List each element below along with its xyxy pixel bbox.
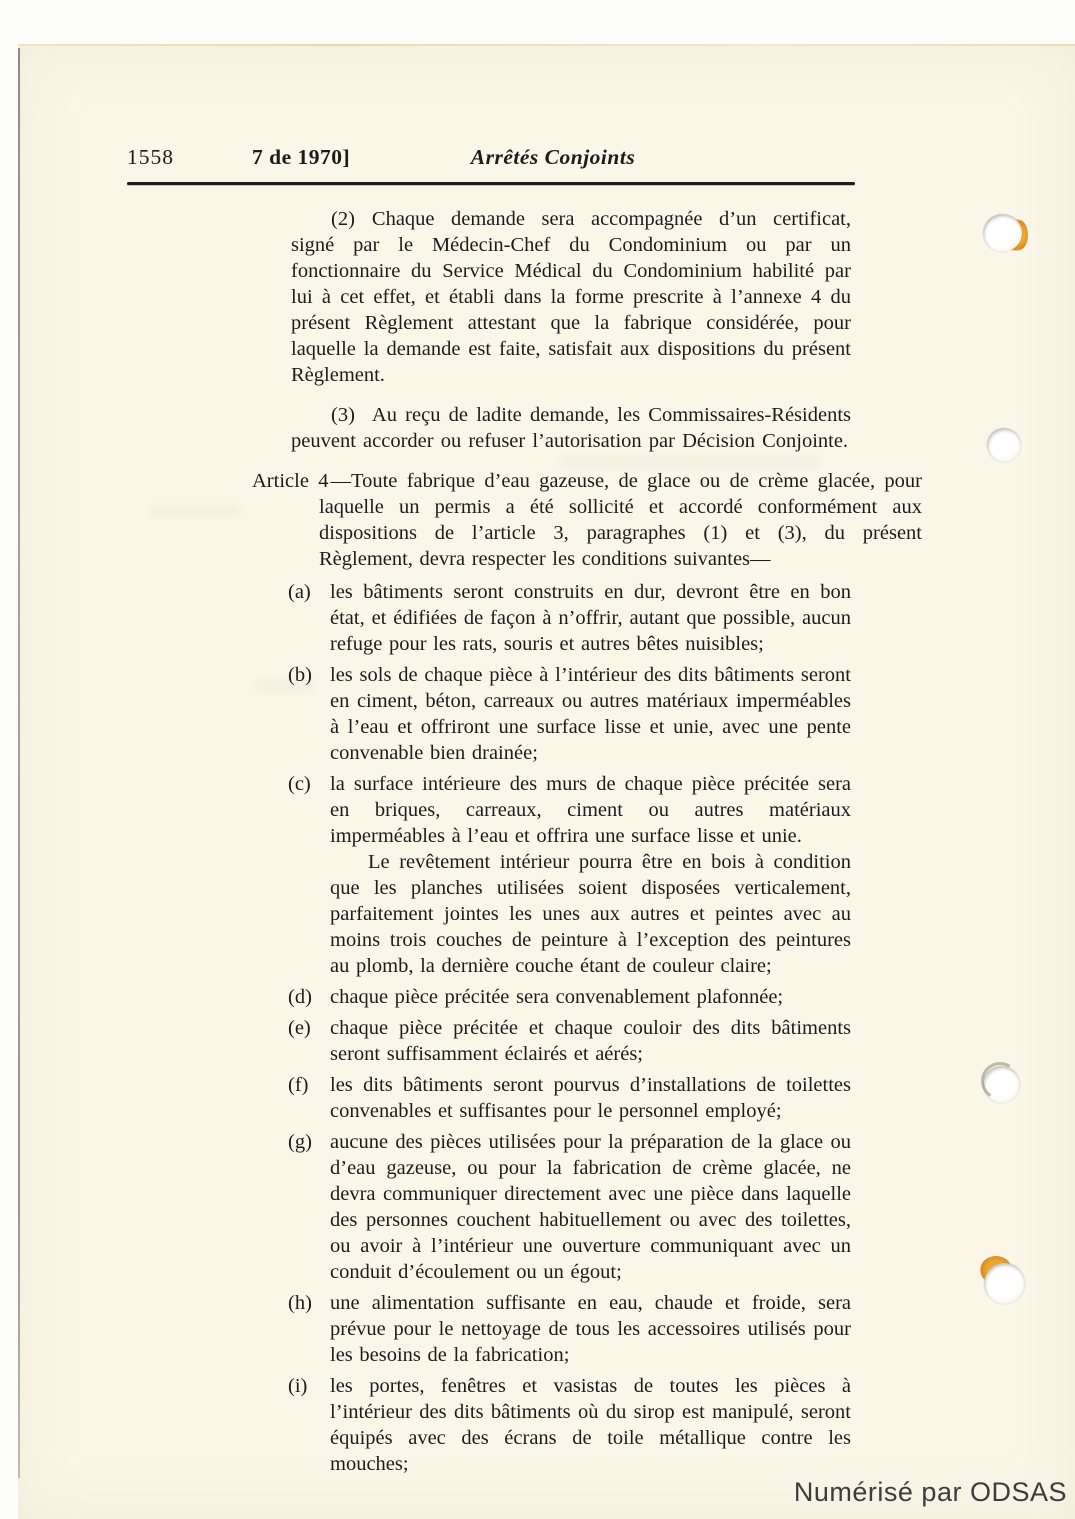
list-item-e: (e) chaque pièce précitée et chaque coul… [288, 1015, 851, 1067]
list-item-c-letter: (c) [288, 771, 330, 979]
text-body: (2)Chaque demande sera accompagnée d’un … [127, 206, 855, 1482]
list-item-c: (c) la surface intérieure des murs de ch… [288, 771, 851, 979]
paragraph-3-number: (3) [331, 404, 355, 426]
list-item-i-text: les portes, fenêtres et vasistas de tout… [330, 1373, 851, 1477]
list-item-i-letter: (i) [288, 1373, 330, 1477]
list-item-d-text: chaque pièce précitée sera convenablemen… [330, 984, 851, 1010]
article-4-intro: —Toute fabrique d’eau gazeuse, de glace … [319, 470, 922, 570]
list-item-h-text: une alimentation suffisante en eau, chau… [330, 1290, 851, 1368]
list-item-a-letter: (a) [288, 579, 330, 657]
page-body: 1558 7 de 1970] Arrêtés Conjoints (2)Cha… [18, 45, 1075, 1519]
page-number: 1558 [127, 145, 174, 170]
punch-hole [980, 210, 1028, 258]
list-item-b-text: les sols de chaque pièce à l’intérieur d… [330, 662, 851, 766]
header-rule [127, 182, 855, 185]
list-item-e-text: chaque pièce précitée et chaque couloir … [330, 1015, 851, 1067]
list-item-a: (a) les bâtiments seront construits en d… [288, 579, 851, 657]
list-item-f: (f) les dits bâtiments seront pourvus d’… [288, 1072, 851, 1124]
list-item-g: (g) aucune des pièces utilisées pour la … [288, 1129, 851, 1285]
paragraph-3-text: Au reçu de ladite demande, les Commissai… [291, 404, 851, 452]
list-item-b-letter: (b) [288, 662, 330, 766]
digitization-watermark: Numérisé par ODSAS [794, 1477, 1067, 1508]
list-item-d: (d) chaque pièce précitée sera convenabl… [288, 984, 851, 1010]
scanned-page: 1558 7 de 1970] Arrêtés Conjoints (2)Cha… [0, 0, 1075, 1519]
list-item-f-text: les dits bâtiments seront pourvus d’inst… [330, 1072, 851, 1124]
list-item-a-text: les bâtiments seront construits en dur, … [330, 579, 851, 657]
issue-number: 7 de 1970] [252, 145, 350, 170]
page-header: 1558 7 de 1970] Arrêtés Conjoints [127, 145, 855, 175]
conditions-list: (a) les bâtiments seront construits en d… [127, 579, 855, 1477]
list-item-f-letter: (f) [288, 1072, 330, 1124]
list-item-i: (i) les portes, fenêtres et vasistas de … [288, 1373, 851, 1477]
list-item-c-continuation: Le revêtement intérieur pourra être en b… [330, 849, 851, 979]
list-item-e-letter: (e) [288, 1015, 330, 1067]
punch-hole [985, 426, 1025, 466]
list-item-g-letter: (g) [288, 1129, 330, 1285]
article-4-heading: Article 4—Toute fabrique d’eau gazeuse, … [252, 468, 922, 572]
paragraph-2-text: Chaque demande sera accompagnée d’un cer… [291, 208, 851, 386]
paragraph-2-number: (2) [331, 208, 355, 230]
article-4-label: Article 4 [252, 470, 329, 492]
list-item-d-letter: (d) [288, 984, 330, 1010]
punch-hole [982, 1260, 1028, 1306]
paragraph-3: (3)Au reçu de ladite demande, les Commis… [291, 402, 851, 454]
paragraph-2: (2)Chaque demande sera accompagnée d’un … [291, 206, 851, 388]
punch-hole [981, 1064, 1023, 1106]
list-item-b: (b) les sols de chaque pièce à l’intérie… [288, 662, 851, 766]
list-item-c-text: la surface intérieure des murs de chaque… [330, 771, 851, 849]
list-item-g-text: aucune des pièces utilisées pour la prép… [330, 1129, 851, 1285]
journal-title: Arrêtés Conjoints [471, 145, 635, 170]
list-item-h-letter: (h) [288, 1290, 330, 1368]
list-item-h: (h) une alimentation suffisante en eau, … [288, 1290, 851, 1368]
